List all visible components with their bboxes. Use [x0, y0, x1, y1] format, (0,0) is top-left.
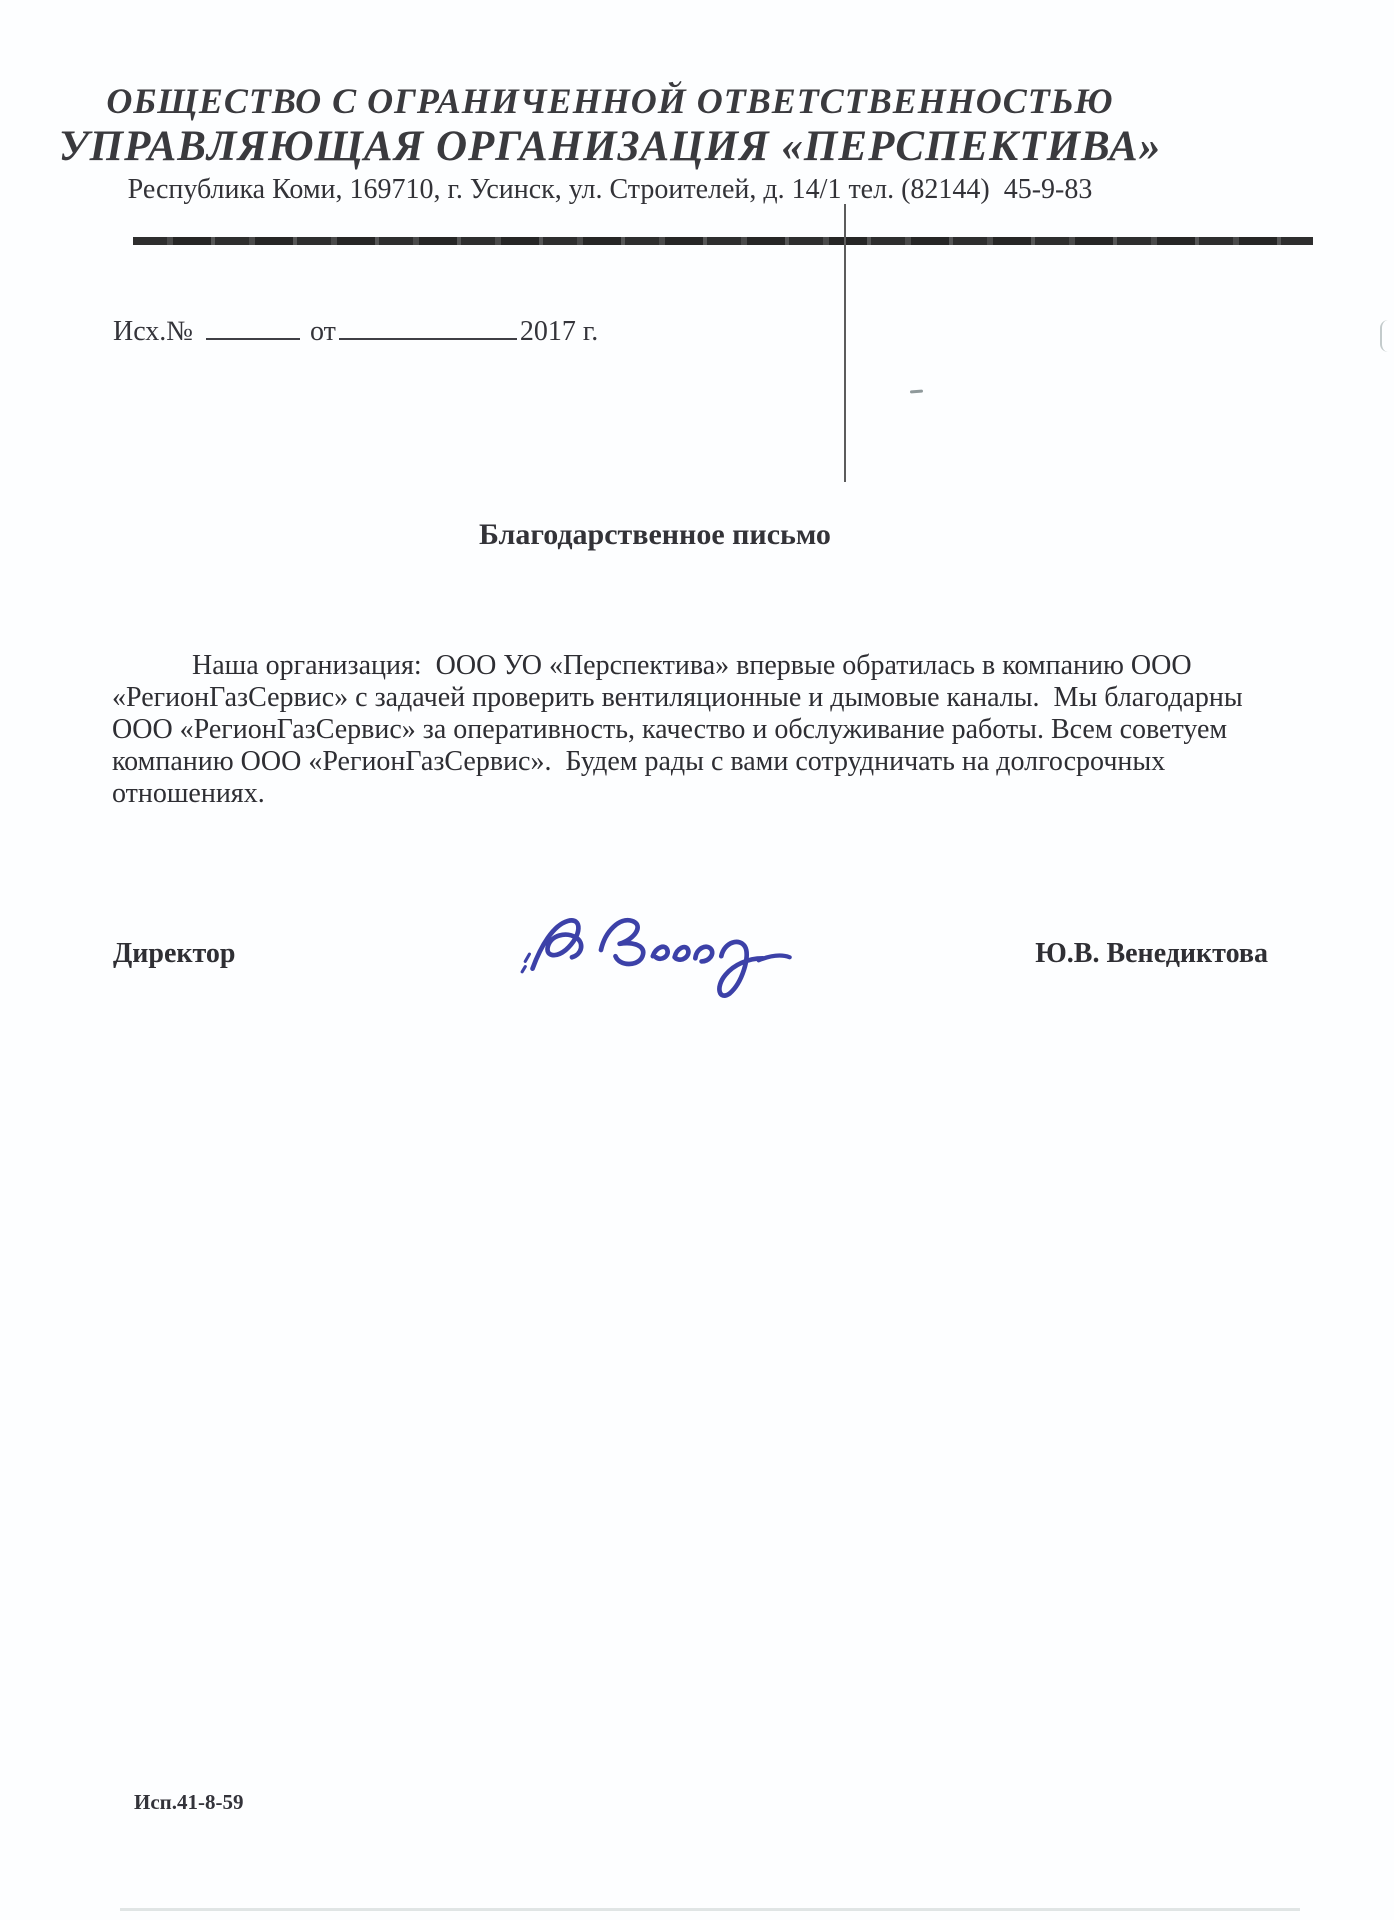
company-name: УПРАВЛЯЮЩАЯ ОРГАНИЗАЦИЯ «ПЕРСПЕКТИВА» [20, 122, 1200, 172]
executor-note: Исп.41-8-59 [134, 1790, 244, 1815]
body-line: Наша организация: ООО УО «Перспектива» в… [112, 650, 1322, 682]
signer-name: Ю.В. Венедиктова [1035, 938, 1268, 970]
outgoing-number-label: Исх.№ [113, 316, 193, 347]
date-preposition: от [310, 316, 336, 347]
signer-position: Директор [113, 938, 236, 970]
letter-body: Наша организация: ООО УО «Перспектива» в… [112, 650, 1322, 810]
signature-strokes [522, 920, 790, 995]
letterhead: ОБЩЕСТВО С ОГРАНИЧЕННОЙ ОТВЕТСТВЕННОСТЬЮ… [20, 80, 1200, 207]
letterhead-divider-rule [133, 237, 1313, 245]
vertical-crease-line [844, 204, 846, 482]
body-line: ООО «РегионГазСервис» за оперативность, … [112, 714, 1322, 746]
body-line: «РегионГазСервис» с задачей проверить ве… [112, 682, 1322, 714]
company-address: Республика Коми, 169710, г. Усинск, ул. … [20, 173, 1200, 207]
handwritten-signature-ink [518, 898, 798, 1002]
date-blank [339, 314, 517, 340]
scanned-letter-page: ОБЩЕСТВО С ОГРАНИЧЕННОЙ ОТВЕТСТВЕННОСТЬЮ… [0, 0, 1394, 1920]
year-label: 2017 г. [520, 316, 598, 347]
outgoing-number-line: Исх.№от2017 г. [113, 314, 598, 348]
letter-title: Благодарственное письмо [0, 518, 1310, 552]
company-legal-form: ОБЩЕСТВО С ОГРАНИЧЕННОЙ ОТВЕТСТВЕННОСТЬЮ [20, 80, 1200, 122]
body-line: компанию ООО «РегионГазСервис». Будем ра… [112, 746, 1322, 778]
outgoing-number-blank [206, 314, 300, 340]
scan-edge-mark [1380, 320, 1392, 352]
scan-bottom-smudge [120, 1908, 1300, 1911]
body-line: отношениях. [112, 778, 1322, 810]
scan-dash-artifact [910, 390, 923, 394]
